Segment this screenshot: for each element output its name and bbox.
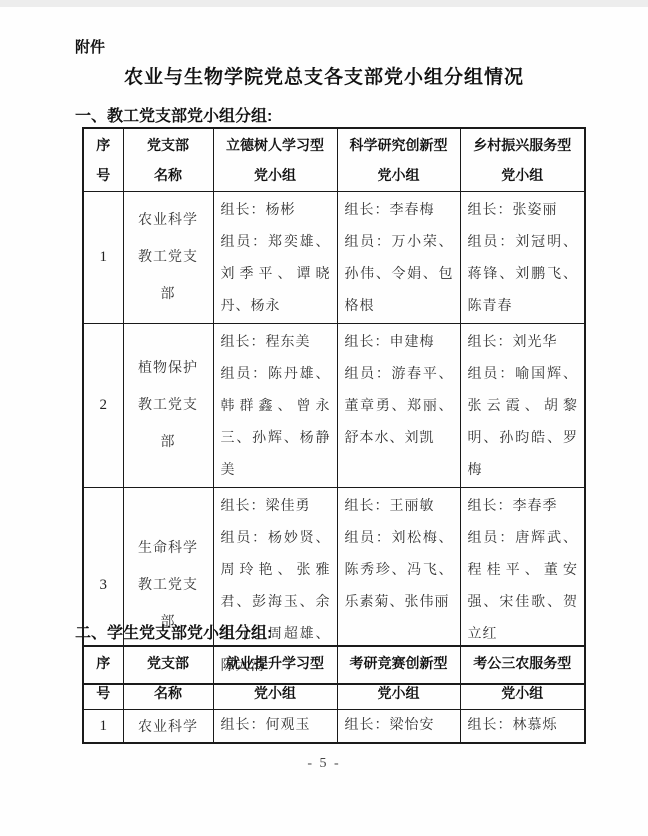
group-cell: 组长：刘光华 组员：喻国辉、张云霞、胡黎明、孙昀皓、罗梅 — [460, 324, 585, 488]
branch-name-cell: 农业科学 — [123, 710, 213, 744]
column-header-line: 党小组 — [461, 678, 585, 708]
serial-cell: 1 — [83, 192, 123, 324]
column-header-line: 党支部 — [124, 130, 213, 160]
document-page: 附件 农业与生物学院党总支各支部党小组分组情况 一、教工党支部党小组分组: 序 … — [0, 0, 648, 836]
column-header-branch: 党支部 名称 — [123, 646, 213, 710]
group-members: 组员：刘冠明、蒋锋、刘鹏飞、陈青春 — [468, 227, 579, 323]
column-header-line: 立德树人学习型 — [214, 130, 337, 160]
serial-cell: 1 — [83, 710, 123, 744]
column-header-line: 序 — [84, 130, 123, 160]
group-cell: 组长：程东美 组员：陈丹雄、韩群鑫、曾永三、孙辉、杨静美 — [213, 324, 337, 488]
table1-header-row: 序 号 党支部 名称 立德树人学习型 党小组 科学研究创新型 党小组 乡村振兴服… — [83, 128, 585, 192]
branch-name-cell: 农业科学教工党支部 — [123, 192, 213, 324]
table-row: 2 植物保护教工党支部 组长：程东美 组员：陈丹雄、韩群鑫、曾永三、孙辉、杨静美… — [83, 324, 585, 488]
column-header-line: 党小组 — [461, 160, 585, 190]
column-header-line: 党小组 — [338, 678, 460, 708]
group-leader: 组长：程东美 — [221, 327, 331, 359]
column-header-line: 党支部 — [124, 648, 213, 678]
page-title: 农业与生物学院党总支各支部党小组分组情况 — [0, 62, 648, 89]
scan-artifact-band — [0, 0, 648, 7]
group-members: 组员：万小荣、孙伟、令娟、包格根 — [345, 227, 454, 323]
column-header-line: 党小组 — [338, 160, 460, 190]
table-row: 1 农业科学教工党支部 组长：杨彬 组员：郑奕雄、刘季平、谭晓丹、杨永 组长：李… — [83, 192, 585, 324]
teacher-branch-groups-table: 序 号 党支部 名称 立德树人学习型 党小组 科学研究创新型 党小组 乡村振兴服… — [82, 127, 586, 685]
page-number: - 5 - — [0, 756, 648, 772]
group-cell: 组长：杨彬 组员：郑奕雄、刘季平、谭晓丹、杨永 — [213, 192, 337, 324]
column-header-line: 科学研究创新型 — [338, 130, 460, 160]
column-header-line: 号 — [84, 678, 123, 708]
group-leader: 组长：王丽敏 — [345, 491, 454, 523]
group-members: 组员：喻国辉、张云霞、胡黎明、孙昀皓、罗梅 — [468, 359, 579, 487]
column-header-serial: 序 号 — [83, 128, 123, 192]
column-header-line: 名称 — [124, 678, 213, 708]
column-header-line: 号 — [84, 160, 123, 190]
group-cell: 组长：李春梅 组员：万小荣、孙伟、令娟、包格根 — [337, 192, 460, 324]
group-members: 组员：唐辉武、程桂平、董安强、宋佳歌、贺立红 — [468, 523, 579, 651]
column-header-serial: 序 号 — [83, 646, 123, 710]
column-header-employment-group: 就业提升学习型 党小组 — [213, 646, 337, 710]
column-header-line: 考公三农服务型 — [461, 648, 585, 678]
group-leader: 组长：何观玉 — [221, 710, 331, 742]
section2-heading: 二、学生党支部党小组分组: — [75, 620, 272, 643]
column-header-line: 就业提升学习型 — [214, 648, 337, 678]
section1-heading: 一、教工党支部党小组分组: — [75, 103, 272, 126]
serial-cell: 2 — [83, 324, 123, 488]
group-members: 组员：刘松梅、陈秀珍、冯飞、乐素菊、张伟丽 — [345, 523, 454, 619]
attachment-label: 附件 — [75, 36, 105, 57]
group-cell: 组长：林慕烁 — [460, 710, 585, 744]
group-leader: 组长：张姿丽 — [468, 195, 579, 227]
column-header-exam-group: 考研竞赛创新型 党小组 — [337, 646, 460, 710]
student-branch-groups-table: 序 号 党支部 名称 就业提升学习型 党小组 考研竞赛创新型 党小组 考公三农服… — [82, 645, 586, 744]
table2-header-row: 序 号 党支部 名称 就业提升学习型 党小组 考研竞赛创新型 党小组 考公三农服… — [83, 646, 585, 710]
branch-name-cell: 植物保护教工党支部 — [123, 324, 213, 488]
group-members: 组员：郑奕雄、刘季平、谭晓丹、杨永 — [221, 227, 331, 323]
column-header-civil-service-group: 考公三农服务型 党小组 — [460, 646, 585, 710]
group-leader: 组长：梁怡安 — [345, 710, 454, 742]
column-header-line: 乡村振兴服务型 — [461, 130, 585, 160]
column-header-branch: 党支部 名称 — [123, 128, 213, 192]
group-cell: 组长：何观玉 — [213, 710, 337, 744]
group-cell: 组长：申建梅 组员：游春平、董章勇、郑丽、舒本水、刘凯 — [337, 324, 460, 488]
group-cell: 组长：梁怡安 — [337, 710, 460, 744]
table-row: 1 农业科学 组长：何观玉 组长：梁怡安 组长：林慕烁 — [83, 710, 585, 744]
column-header-line: 考研竞赛创新型 — [338, 648, 460, 678]
group-cell: 组长：张姿丽 组员：刘冠明、蒋锋、刘鹏飞、陈青春 — [460, 192, 585, 324]
column-header-line: 名称 — [124, 160, 213, 190]
column-header-research-group: 科学研究创新型 党小组 — [337, 128, 460, 192]
group-leader: 组长：杨彬 — [221, 195, 331, 227]
group-leader: 组长：梁佳勇 — [221, 491, 331, 523]
column-header-line: 序 — [84, 648, 123, 678]
group-members: 组员：陈丹雄、韩群鑫、曾永三、孙辉、杨静美 — [221, 359, 331, 487]
group-leader: 组长：申建梅 — [345, 327, 454, 359]
group-leader: 组长：林慕烁 — [468, 710, 579, 742]
group-leader: 组长：李春梅 — [345, 195, 454, 227]
group-members: 组员：游春平、董章勇、郑丽、舒本水、刘凯 — [345, 359, 454, 455]
column-header-line: 党小组 — [214, 678, 337, 708]
group-leader: 组长：李春季 — [468, 491, 579, 523]
column-header-service-group: 乡村振兴服务型 党小组 — [460, 128, 585, 192]
group-leader: 组长：刘光华 — [468, 327, 579, 359]
column-header-study-group: 立德树人学习型 党小组 — [213, 128, 337, 192]
column-header-line: 党小组 — [214, 160, 337, 190]
